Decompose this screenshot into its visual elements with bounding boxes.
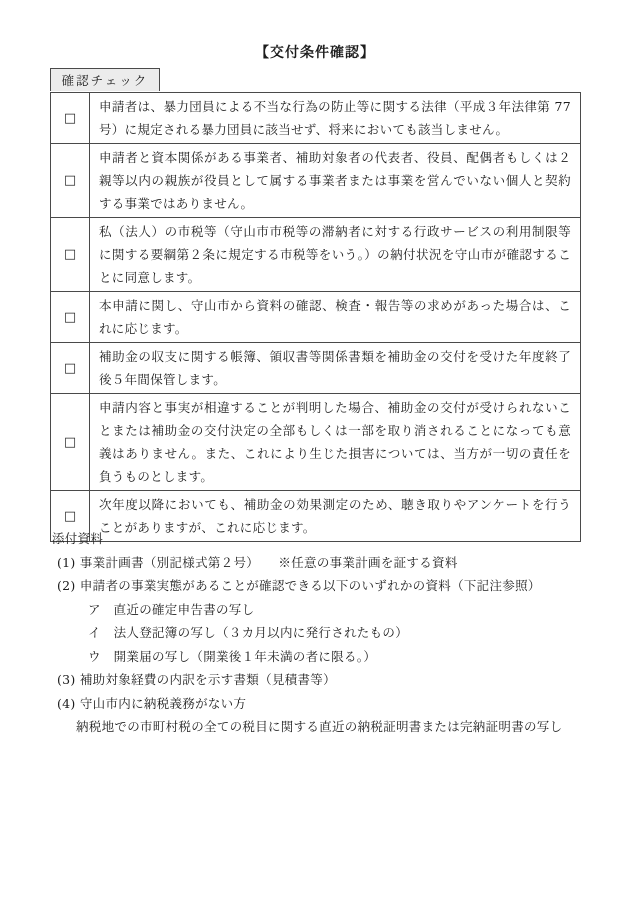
- document-page: 【交付条件確認】 確認チェック □ 申請者は、暴力団員による不当な行為の防止等に…: [0, 0, 630, 903]
- checkbox-cell[interactable]: □: [51, 292, 90, 343]
- attachments-section: 添付資料 (1) 事業計画書（別記様式第２号） ※任意の事業計画を証する資料 (…: [0, 527, 630, 739]
- checklist-row: □ 申請者と資本関係がある事業者、補助対象者の代表者、役員、配偶者もしくは２親等…: [51, 144, 581, 218]
- page-title: 【交付条件確認】: [0, 42, 630, 62]
- checkbox-icon[interactable]: □: [64, 247, 76, 262]
- attachment-item-3: (3) 補助対象経費の内訳を示す書類（見積書等）: [0, 668, 630, 692]
- confirm-check-tab-label: 確認チェック: [62, 71, 149, 89]
- checklist-row: □ 私（法人）の市税等（守山市市税等の滞納者に対する行政サービスの利用制限等に関…: [51, 218, 581, 292]
- checkbox-cell[interactable]: □: [51, 343, 90, 394]
- checkbox-cell[interactable]: □: [51, 93, 90, 144]
- checkbox-icon[interactable]: □: [64, 509, 76, 524]
- checkbox-cell[interactable]: □: [51, 394, 90, 491]
- checklist-item-text: 申請内容と事実が相違することが判明した場合、補助金の交付が受けられないことまたは…: [90, 394, 581, 491]
- checkbox-icon[interactable]: □: [64, 173, 76, 188]
- checkbox-icon[interactable]: □: [64, 361, 76, 376]
- attachment-subitem-i: イ 法人登記簿の写し（３カ月以内に発行されたもの）: [0, 621, 630, 645]
- checklist-item-text: 補助金の収支に関する帳簿、領収書等関係書類を補助金の交付を受けた年度終了後５年間…: [90, 343, 581, 394]
- checklist-item-text: 私（法人）の市税等（守山市市税等の滞納者に対する行政サービスの利用制限等に関する…: [90, 218, 581, 292]
- checklist-item-text: 申請者は、暴力団員による不当な行為の防止等に関する法律（平成３年法律第 77号）…: [90, 93, 581, 144]
- checklist-item-text: 本申請に関し、守山市から資料の確認、検査・報告等の求めがあった場合は、これに応じ…: [90, 292, 581, 343]
- checklist-row: □ 本申請に関し、守山市から資料の確認、検査・報告等の求めがあった場合は、これに…: [51, 292, 581, 343]
- attachment-item-4: (4) 守山市内に納税義務がない方: [0, 692, 630, 716]
- attachment-subitem-u: ウ 開業届の写し（開業後１年未満の者に限る。）: [0, 645, 630, 669]
- attachment-item-1: (1) 事業計画書（別記様式第２号） ※任意の事業計画を証する資料: [0, 551, 630, 575]
- checklist-row: □ 補助金の収支に関する帳簿、領収書等関係書類を補助金の交付を受けた年度終了後５…: [51, 343, 581, 394]
- attachment-subitem-a: ア 直近の確定申告書の写し: [0, 598, 630, 622]
- checklist-row: □ 申請者は、暴力団員による不当な行為の防止等に関する法律（平成３年法律第 77…: [51, 93, 581, 144]
- attachment-item-2: (2) 申請者の事業実態があることが確認できる以下のいずれかの資料（下記注参照）: [0, 574, 630, 598]
- checkbox-cell[interactable]: □: [51, 218, 90, 292]
- confirm-check-tab: 確認チェック: [50, 68, 160, 91]
- checkbox-icon[interactable]: □: [64, 435, 76, 450]
- attachment-item-4-note: 納税地での市町村税の全ての税目に関する直近の納税証明書または完納証明書の写し: [0, 715, 630, 739]
- checklist-item-text: 申請者と資本関係がある事業者、補助対象者の代表者、役員、配偶者もしくは２親等以内…: [90, 144, 581, 218]
- checkbox-cell[interactable]: □: [51, 144, 90, 218]
- checkbox-icon[interactable]: □: [64, 111, 76, 126]
- checklist-table: □ 申請者は、暴力団員による不当な行為の防止等に関する法律（平成３年法律第 77…: [50, 92, 581, 542]
- checkbox-icon[interactable]: □: [64, 310, 76, 325]
- checklist-row: □ 申請内容と事実が相違することが判明した場合、補助金の交付が受けられないことま…: [51, 394, 581, 491]
- attachments-heading: 添付資料: [0, 527, 630, 551]
